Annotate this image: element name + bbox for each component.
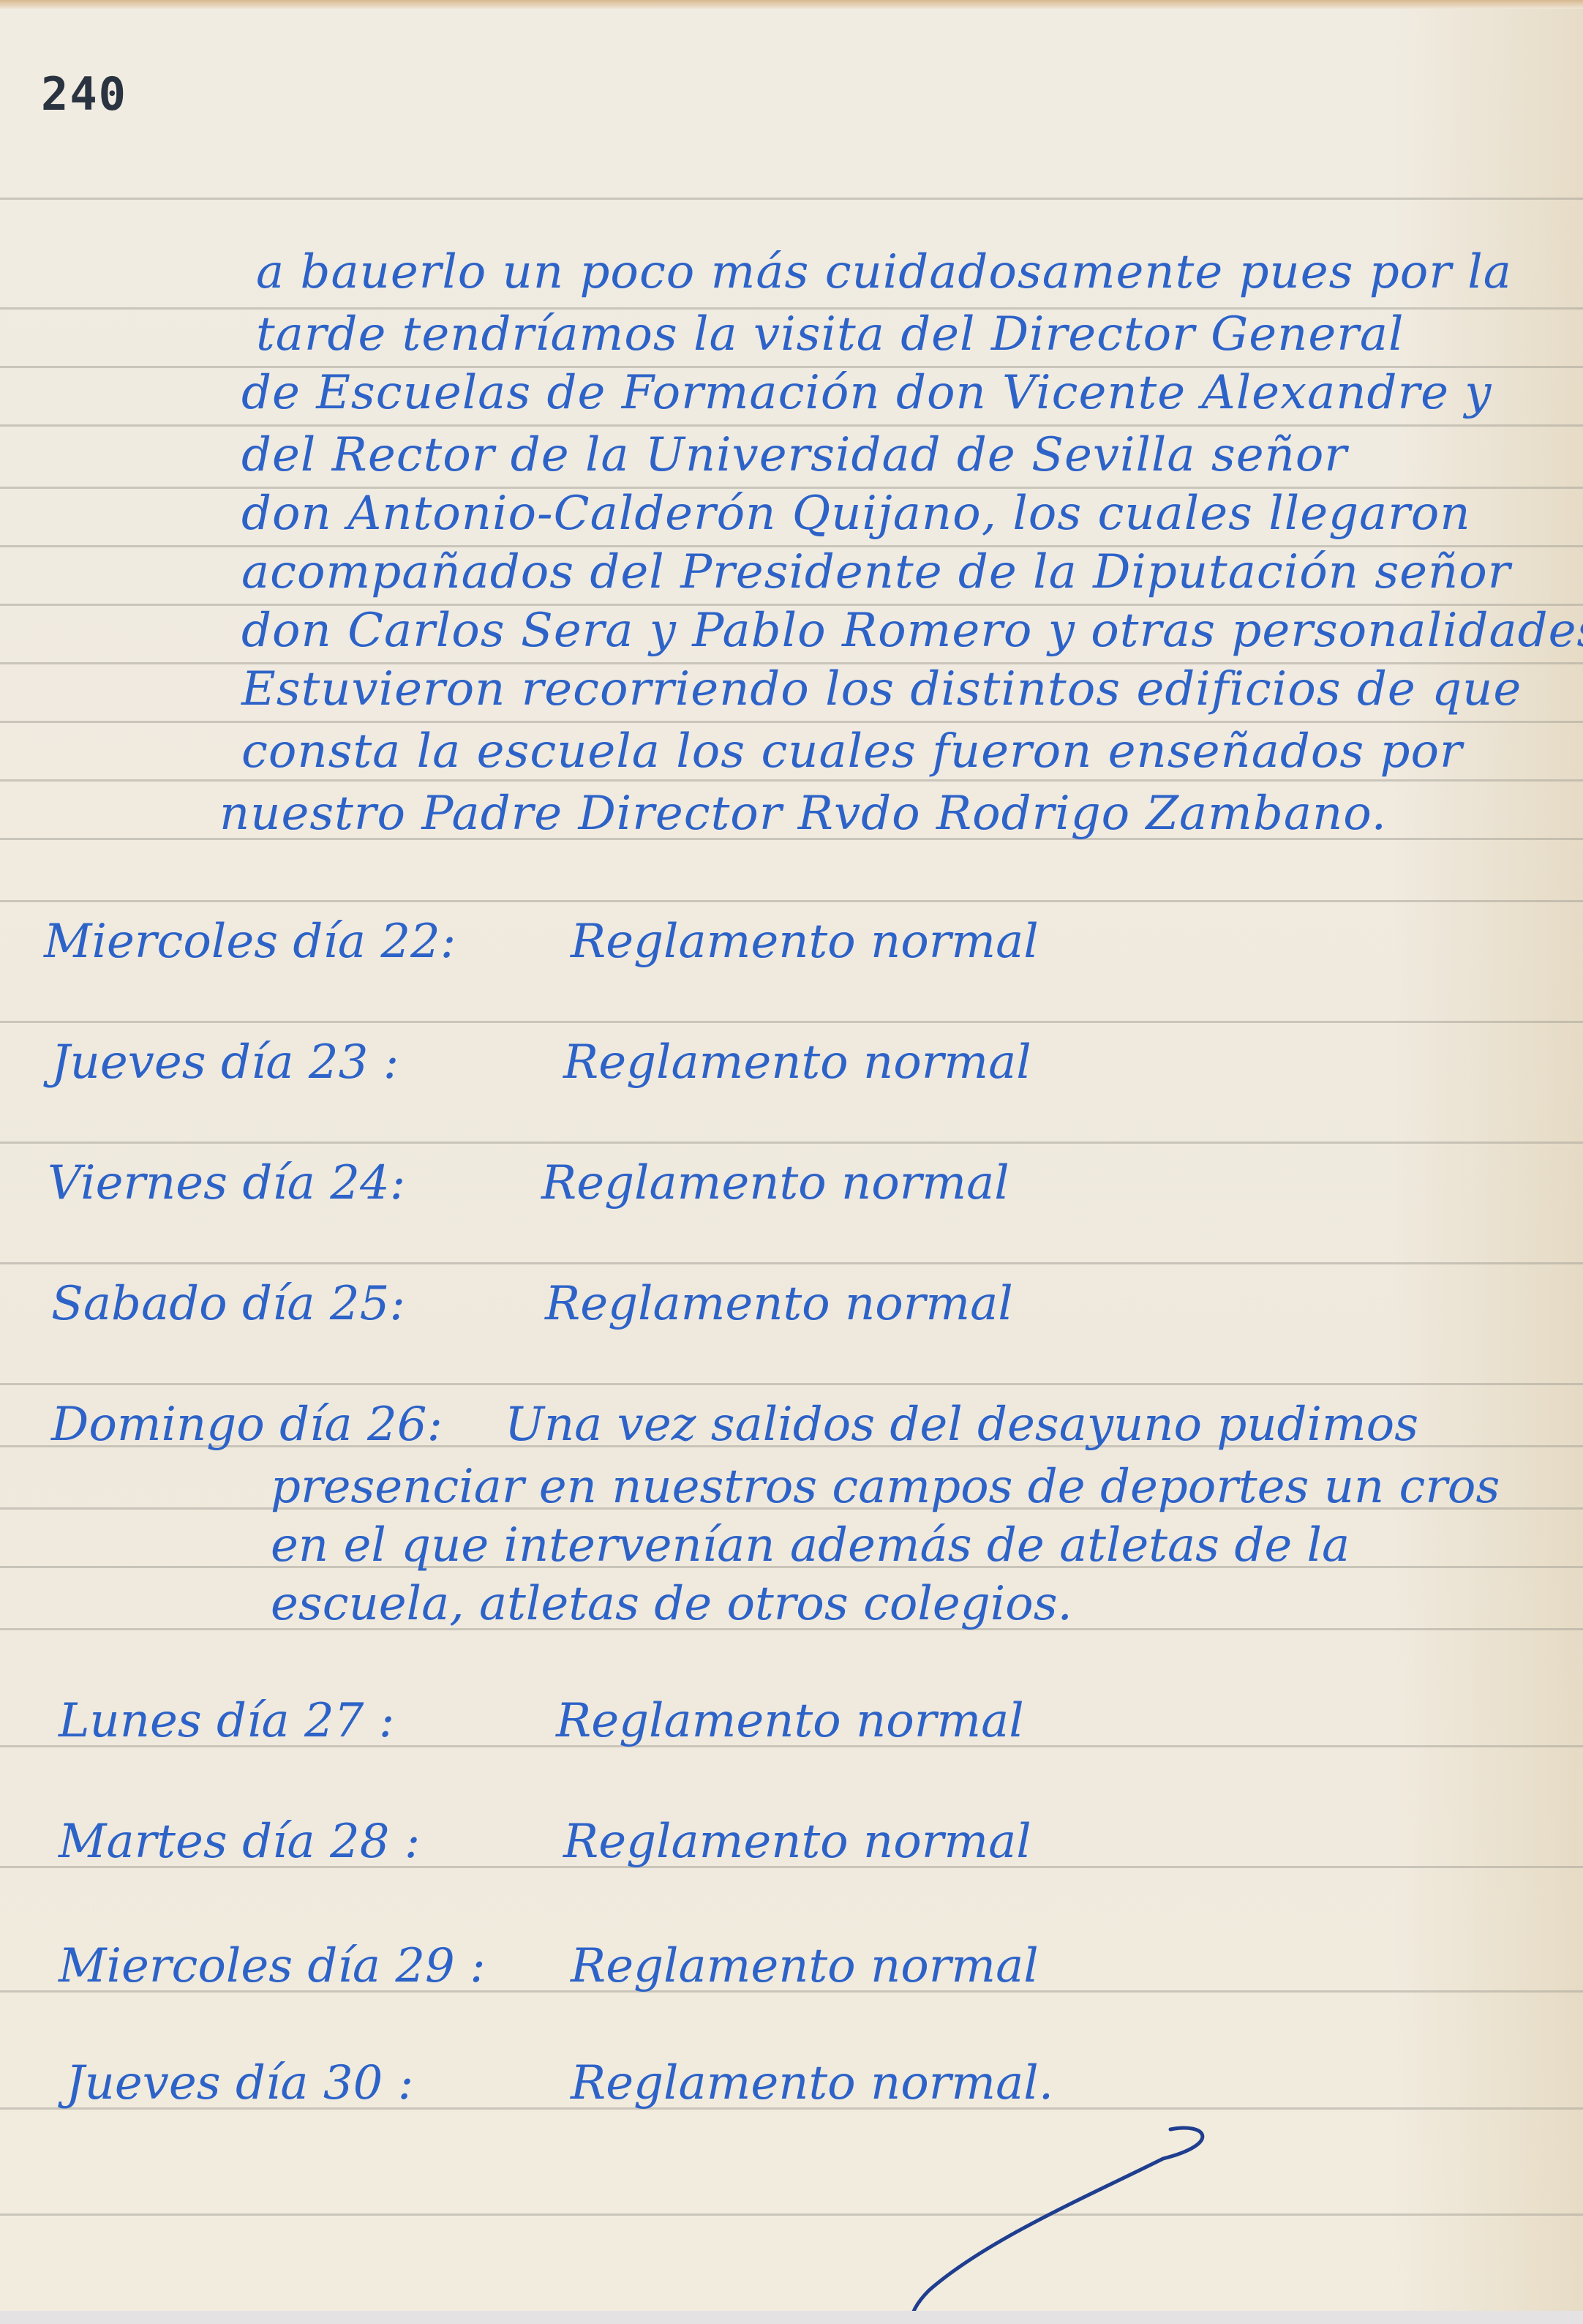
entry-text: Reglamento normal. bbox=[571, 2056, 1053, 2110]
ruled-line bbox=[0, 424, 1583, 427]
entry-continuation: en el que intervenían además de atletas … bbox=[271, 1518, 1350, 1573]
ruled-line bbox=[0, 198, 1583, 200]
entry-day: Viernes día 24: bbox=[48, 1156, 405, 1210]
entry-continuation: escuela, atletas de otros colegios. bbox=[271, 1577, 1072, 1631]
entry-text: Reglamento normal bbox=[571, 1939, 1039, 1993]
paragraph-line: consta la escuela los cuales fueron ense… bbox=[241, 724, 1463, 779]
page-number: 240 bbox=[41, 67, 127, 121]
entry-text: Reglamento normal bbox=[545, 1277, 1013, 1331]
entry-day: Miercoles día 22: bbox=[44, 915, 456, 969]
end-flourish-stroke bbox=[900, 2115, 1236, 2324]
entry-text: Reglamento normal bbox=[563, 1815, 1031, 1869]
entry-day: Jueves día 30 : bbox=[66, 2056, 413, 2110]
entry-day: Martes día 28 : bbox=[59, 1815, 420, 1869]
ruled-line bbox=[0, 779, 1583, 781]
ruled-line bbox=[0, 2214, 1583, 2216]
entry-continuation: presenciar en nuestros campos de deporte… bbox=[271, 1460, 1500, 1514]
ruled-line bbox=[0, 1142, 1583, 1144]
entry-text: Reglamento normal bbox=[556, 1694, 1024, 1748]
entry-day: Jueves día 23 : bbox=[51, 1035, 399, 1090]
entry-text: Reglamento normal bbox=[563, 1035, 1031, 1090]
entry-day: Sabado día 25: bbox=[51, 1277, 405, 1331]
paragraph-line: a bauerlo un poco más cuidadosamente pue… bbox=[256, 245, 1512, 299]
paragraph-line: del Rector de la Universidad de Sevilla … bbox=[241, 428, 1347, 482]
ruled-line bbox=[0, 1262, 1583, 1264]
entry-text: Reglamento normal bbox=[541, 1156, 1009, 1210]
entry-day: Lunes día 27 : bbox=[59, 1694, 394, 1748]
paragraph-line: don Antonio-Calderón Quijano, los cuales… bbox=[241, 487, 1471, 541]
ruled-line bbox=[0, 900, 1583, 902]
entry-text: Una vez salidos del desayuno pudimos bbox=[505, 1398, 1418, 1452]
paragraph-line: don Carlos Sera y Pablo Romero y otras p… bbox=[241, 604, 1583, 658]
paragraph-line: de Escuelas de Formación don Vicente Ale… bbox=[241, 366, 1492, 420]
page-top-edge bbox=[0, 0, 1583, 9]
ruled-line bbox=[0, 1383, 1583, 1385]
paragraph-line: tarde tendríamos la visita del Director … bbox=[256, 307, 1404, 361]
ruled-line bbox=[0, 1021, 1583, 1023]
entry-day: Domingo día 26: bbox=[51, 1398, 443, 1452]
notebook-page: 240 a bauerlo un poco más cuidadosamente… bbox=[0, 0, 1583, 2324]
ruled-line bbox=[0, 721, 1583, 723]
entry-day: Miercoles día 29 : bbox=[59, 1939, 486, 1993]
entry-text: Reglamento normal bbox=[571, 915, 1039, 969]
page-bottom-edge bbox=[0, 2311, 1583, 2324]
paragraph-line: nuestro Padre Director Rvdo Rodrigo Zamb… bbox=[219, 787, 1387, 841]
paragraph-line: acompañados del Presidente de la Diputac… bbox=[241, 545, 1511, 599]
paragraph-line: Estuvieron recorriendo los distintos edi… bbox=[241, 662, 1522, 716]
